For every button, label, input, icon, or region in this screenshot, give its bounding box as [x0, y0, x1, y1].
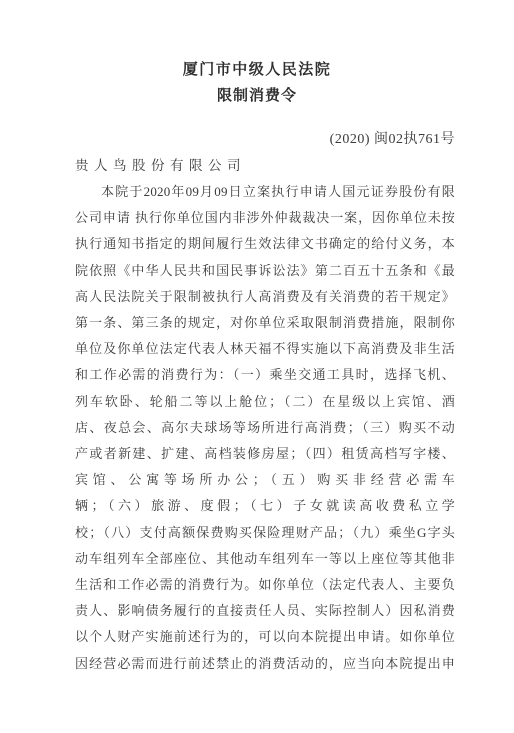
- body-text-line: 本院于2020年09月09日立案执行申请人国元证券股份有限: [75, 179, 455, 205]
- body-text-line: 店、夜总会、高尔夫球场等场所进行高消费；（三）购买不动: [75, 415, 455, 441]
- body-text-line: 和工作必需的消费行为：（一）乘坐交通工具时，选择飞机、: [75, 362, 455, 388]
- body-text-line: 单位及你单位法定代表人林天福不得实施以下高消费及非生活: [75, 336, 455, 362]
- document-title: 限制消费令: [0, 83, 514, 109]
- body-text-line: 第一条、第三条的规定，对你单位采取限制消费措施，限制你: [75, 310, 455, 336]
- case-number: (2020) 闽02执761号: [0, 127, 514, 153]
- body-text-line: 辆；（六）旅游、度假；（七）子女就读高收费私立学: [75, 493, 455, 519]
- body-text-line: 院依照《中华人民共和国民事诉讼法》第二百五十五条和《最: [75, 258, 455, 284]
- body-text-line: 产或者新建、扩建、高档装修房屋；（四）租赁高档写字楼、: [75, 441, 455, 467]
- body-text-line: 公司申请 执行你单位国内非涉外仲裁裁决一案，因你单位未按: [75, 205, 455, 231]
- body-text-line: 生活和工作必需的消费行为。如你单位（法定代表人、主要负: [75, 572, 455, 598]
- court-document-page: 厦门市中级人民法院 限制消费令 (2020) 闽02执761号 贵人鸟股份有限公…: [0, 0, 514, 733]
- body-text-line: 动车组列车全部座位、其他动车组列车一等以上座位等其他非: [75, 546, 455, 572]
- court-name: 厦门市中级人民法院: [0, 57, 514, 83]
- body-text-line: 因经营必需而进行前述禁止的消费活动的，应当向本院提出申: [75, 651, 455, 677]
- addressee-company: 贵人鸟股份有限公司: [0, 153, 514, 179]
- body-text-line: 校；（八）支付高额保费购买保险理财产品；（九）乘坐G字头: [75, 520, 455, 546]
- body-text-line: 执行通知书指定的期间履行生效法律文书确定的给付义务，本: [75, 231, 455, 257]
- body-text-line: 宾馆、公寓等场所办公；（五）购买非经营必需车: [75, 467, 455, 493]
- body-text-line: 以个人财产实施前述行为的，可以向本院提出申请。如你单位: [75, 624, 455, 650]
- body-text-line: 高人民法院关于限制被执行人高消费及有关消费的若干规定》: [75, 284, 455, 310]
- document-body: 本院于2020年09月09日立案执行申请人国元证券股份有限公司申请 执行你单位国…: [0, 179, 514, 677]
- body-text-line: 责人、影响债务履行的直接责任人员、实际控制人）因私消费: [75, 598, 455, 624]
- body-text-line: 列车软卧、轮船二等以上舱位；（二）在星级以上宾馆、酒: [75, 389, 455, 415]
